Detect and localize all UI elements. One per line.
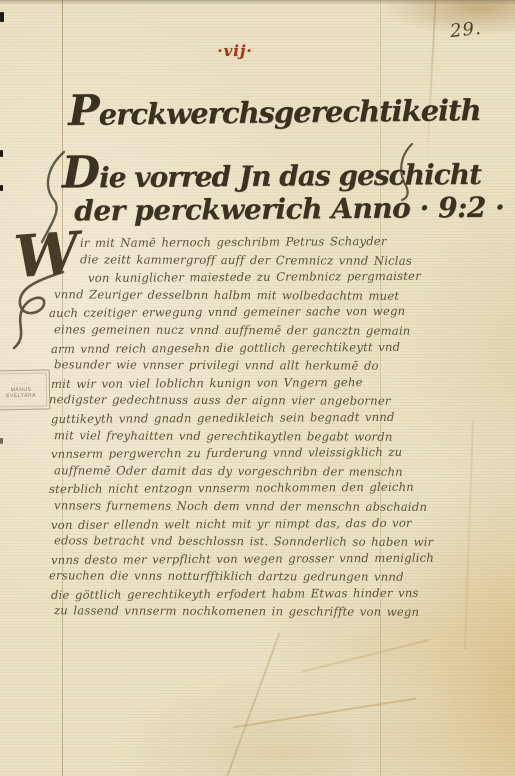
text-line: eines gemeinen nucz vnnd auffnemē der ga…: [54, 321, 382, 340]
folio-number: 29.: [449, 15, 511, 42]
text-line: auch czeitiger erwegung vnnd gemeiner sa…: [49, 303, 382, 323]
edge-speck: [0, 438, 3, 444]
section-subtitle: Die vorred Jn das geschicht der perckwer…: [62, 144, 413, 227]
text-line: vnnserm pergwerchn zu furderung vnnd vle…: [51, 444, 382, 464]
vertical-crease: [425, 0, 436, 175]
text-line: sterblich nicht entzogn vnnserm nochkomm…: [49, 479, 382, 499]
stamp-line: EVÉLTÁRA: [0, 393, 49, 400]
edge-speck: [0, 150, 3, 157]
body-text: ir mit Namē hernoch geschribm Petrus Sch…: [48, 234, 382, 621]
text-line: von diser ellendn welt nicht mit yr nimp…: [51, 514, 382, 534]
archive-stamp: ······ MÁNUS EVÉLTÁRA: [0, 369, 50, 410]
horizontal-crease: [302, 639, 429, 672]
scan-top-edge: [0, 0, 515, 5]
edge-speck: [0, 185, 3, 191]
edge-speck: [0, 12, 4, 22]
text-line: mit wir von viel loblichn kunign von Vng…: [51, 374, 382, 394]
text-line: edoss betracht vnd beschlossn ist. Sonnd…: [54, 532, 382, 551]
manuscript-page: 29. ·vij· Perckwerchsgerechtikeith Die v…: [0, 0, 515, 776]
text-line: von kuniglicher maiestede zu Crembnicz p…: [88, 268, 382, 287]
text-line: ersuchen die vnns notturfftiklich dartzu…: [49, 568, 382, 587]
text-line: mit viel freyhaitten vnd gerechtikaytlen…: [54, 427, 382, 446]
text-line: vnnd Zeuriger desselbnn halbm mit wolbed…: [54, 286, 382, 305]
text-line: besunder wie vnnser privilegi vnnd allt …: [54, 356, 382, 375]
text-line: vnnsers furnemens Noch dem vnnd der mens…: [54, 497, 382, 516]
subtitle-line-1: Die vorred Jn das geschicht: [62, 144, 412, 198]
stamp-line: MÁNUS: [0, 387, 49, 394]
text-line: nedigster gedechtnuss auss der aignn vie…: [49, 392, 382, 411]
subtitle-line-2: der perckwerich Anno · 9:2 ·: [74, 191, 412, 227]
horizontal-crease: [233, 698, 416, 729]
stamp-line: ······: [0, 381, 49, 388]
text-line: ir mit Namē hernoch geschribm Petrus Sch…: [80, 233, 382, 252]
text-line: guttikeyth vnnd gnadn genedikleich sein …: [51, 409, 382, 429]
chapter-mark: ·vij·: [150, 42, 320, 60]
vertical-crease: [464, 420, 474, 650]
text-line: arm vnnd reich angesehn die gottlich ger…: [51, 339, 382, 359]
page-title: Perckwerchsgerechtikeith: [68, 82, 399, 135]
text-line: zu lassend vnnserm nochkomenen in geschr…: [54, 603, 382, 622]
text-line: die zeitt kammergroff auff der Cremnicz …: [80, 251, 382, 270]
text-line: auffnemē Oder damit das dy vorgeschribn …: [54, 462, 382, 481]
text-line: vnns desto mer verpflicht von wegen gros…: [51, 550, 382, 570]
diagonal-crease: [226, 632, 281, 776]
